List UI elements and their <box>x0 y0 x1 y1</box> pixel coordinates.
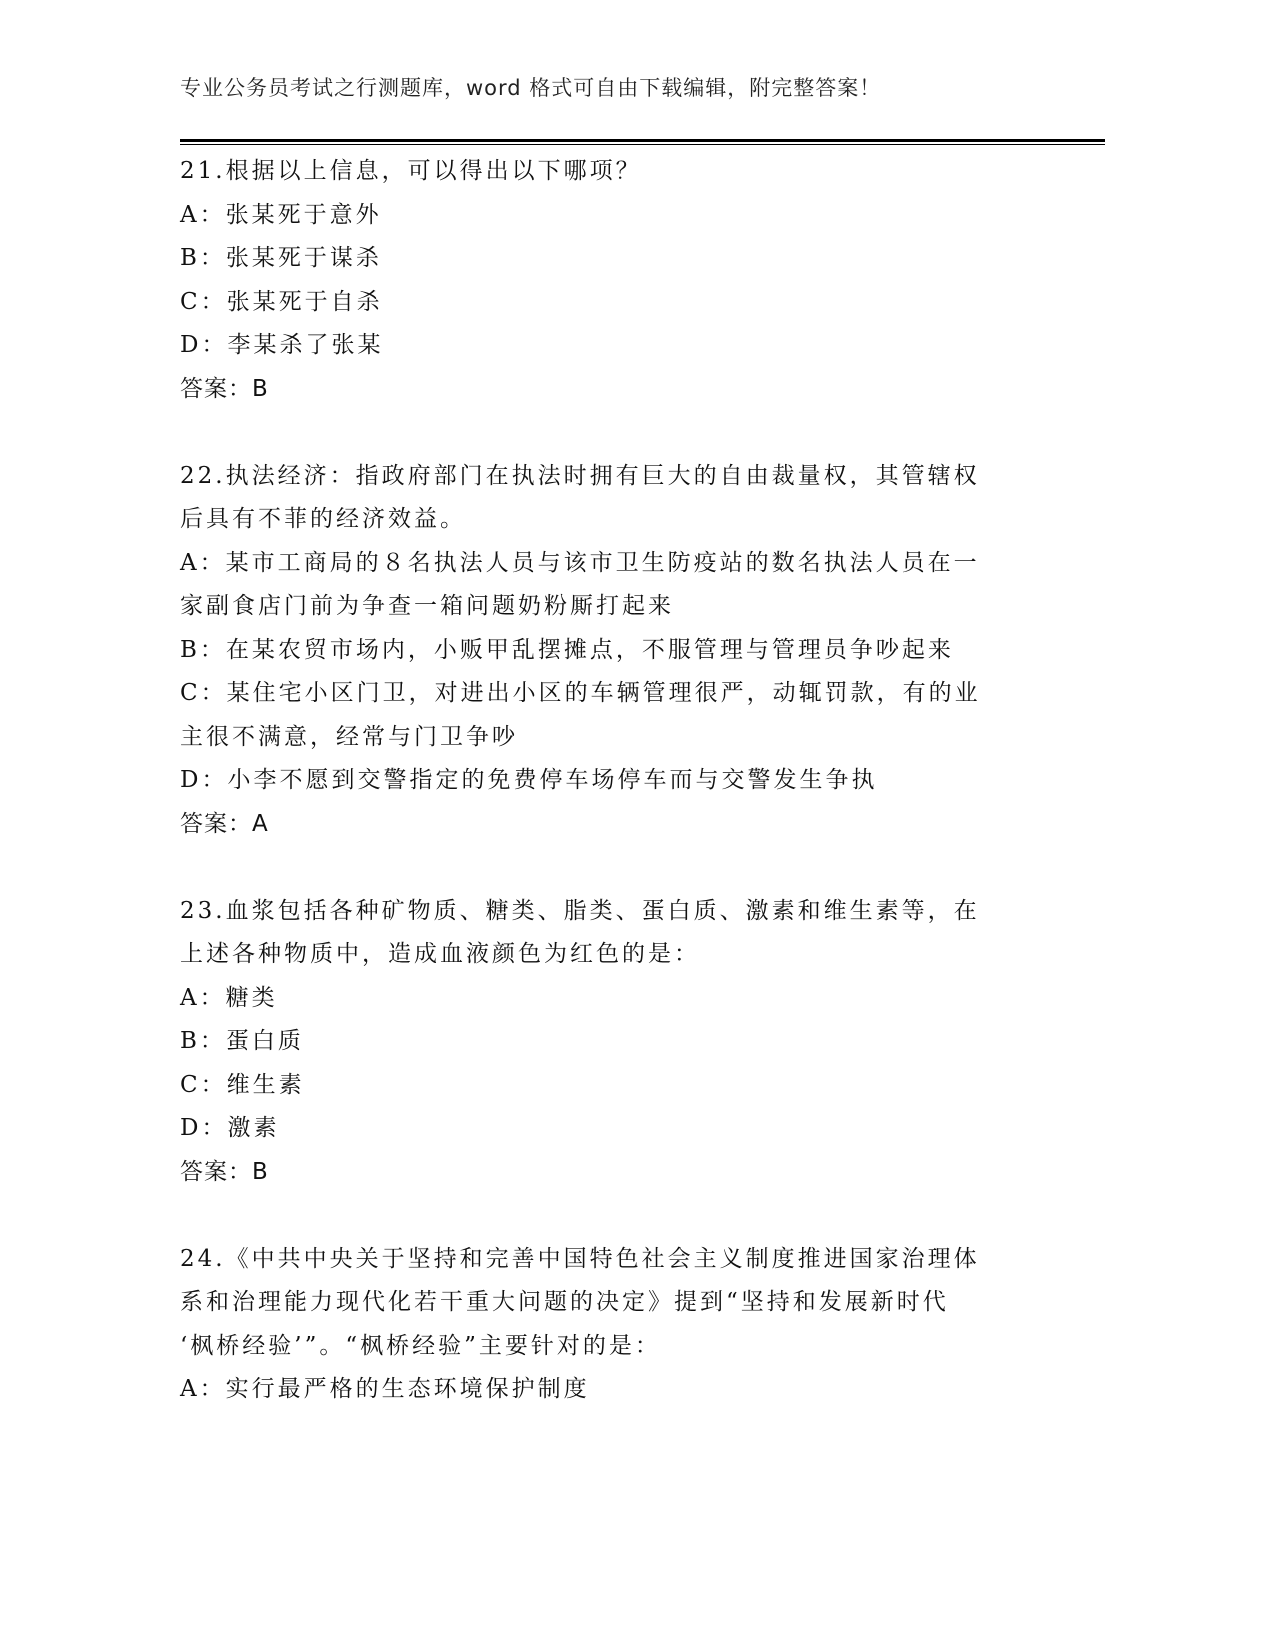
spacer <box>180 1194 1030 1238</box>
header-rule-thin <box>180 144 1105 145</box>
question-stem-cont: ‘枫桥经验’”。“枫桥经验”主要针对的是： <box>180 1325 1030 1369</box>
option-c: C：某住宅小区门卫，对进出小区的车辆管理很严，动辄罚款，有的业 <box>180 672 1030 716</box>
answer: 答案：B <box>180 368 1030 412</box>
option-a: A：实行最严格的生态环境保护制度 <box>180 1368 1030 1412</box>
answer: 答案：B <box>180 1151 1030 1195</box>
option-c: C：维生素 <box>180 1064 1030 1108</box>
question-22: 22.执法经济：指政府部门在执法时拥有巨大的自由裁量权，其管辖权 后具有不菲的经… <box>180 455 1030 847</box>
option-b: B：张某死于谋杀 <box>180 237 1030 281</box>
question-stem: 24.《中共中央关于坚持和完善中国特色社会主义制度推进国家治理体 <box>180 1238 1030 1282</box>
answer: 答案：A <box>180 803 1030 847</box>
spacer <box>180 846 1030 890</box>
page-header: 专业公务员考试之行测题库，word 格式可自由下载编辑，附完整答案！ <box>180 72 881 102</box>
question-23: 23.血浆包括各种矿物质、糖类、脂类、蛋白质、激素和维生素等，在 上述各种物质中… <box>180 890 1030 1195</box>
spacer <box>180 411 1030 455</box>
question-21: 21.根据以上信息，可以得出以下哪项？ A：张某死于意外 B：张某死于谋杀 C：… <box>180 150 1030 411</box>
option-a-cont: 家副食店门前为争查一箱问题奶粉厮打起来 <box>180 585 1030 629</box>
question-stem: 23.血浆包括各种矿物质、糖类、脂类、蛋白质、激素和维生素等，在 <box>180 890 1030 934</box>
option-a: A：张某死于意外 <box>180 194 1030 238</box>
option-b: B：在某农贸市场内，小贩甲乱摆摊点，不服管理与管理员争吵起来 <box>180 629 1030 673</box>
question-stem: 21.根据以上信息，可以得出以下哪项？ <box>180 150 1030 194</box>
question-stem-cont: 系和治理能力现代化若干重大问题的决定》提到“坚持和发展新时代 <box>180 1281 1030 1325</box>
question-24: 24.《中共中央关于坚持和完善中国特色社会主义制度推进国家治理体 系和治理能力现… <box>180 1238 1030 1412</box>
option-a: A：糖类 <box>180 977 1030 1021</box>
option-c-cont: 主很不满意，经常与门卫争吵 <box>180 716 1030 760</box>
header-rule-thick <box>180 139 1105 142</box>
question-stem-cont: 后具有不菲的经济效益。 <box>180 498 1030 542</box>
option-c: C：张某死于自杀 <box>180 281 1030 325</box>
question-stem: 22.执法经济：指政府部门在执法时拥有巨大的自由裁量权，其管辖权 <box>180 455 1030 499</box>
option-a: A：某市工商局的８名执法人员与该市卫生防疫站的数名执法人员在一 <box>180 542 1030 586</box>
question-stem-cont: 上述各种物质中，造成血液颜色为红色的是： <box>180 933 1030 977</box>
option-b: B：蛋白质 <box>180 1020 1030 1064</box>
question-list: 21.根据以上信息，可以得出以下哪项？ A：张某死于意外 B：张某死于谋杀 C：… <box>180 150 1030 1412</box>
option-d: D：李某杀了张某 <box>180 324 1030 368</box>
option-d: D：激素 <box>180 1107 1030 1151</box>
option-d: D：小李不愿到交警指定的免费停车场停车而与交警发生争执 <box>180 759 1030 803</box>
